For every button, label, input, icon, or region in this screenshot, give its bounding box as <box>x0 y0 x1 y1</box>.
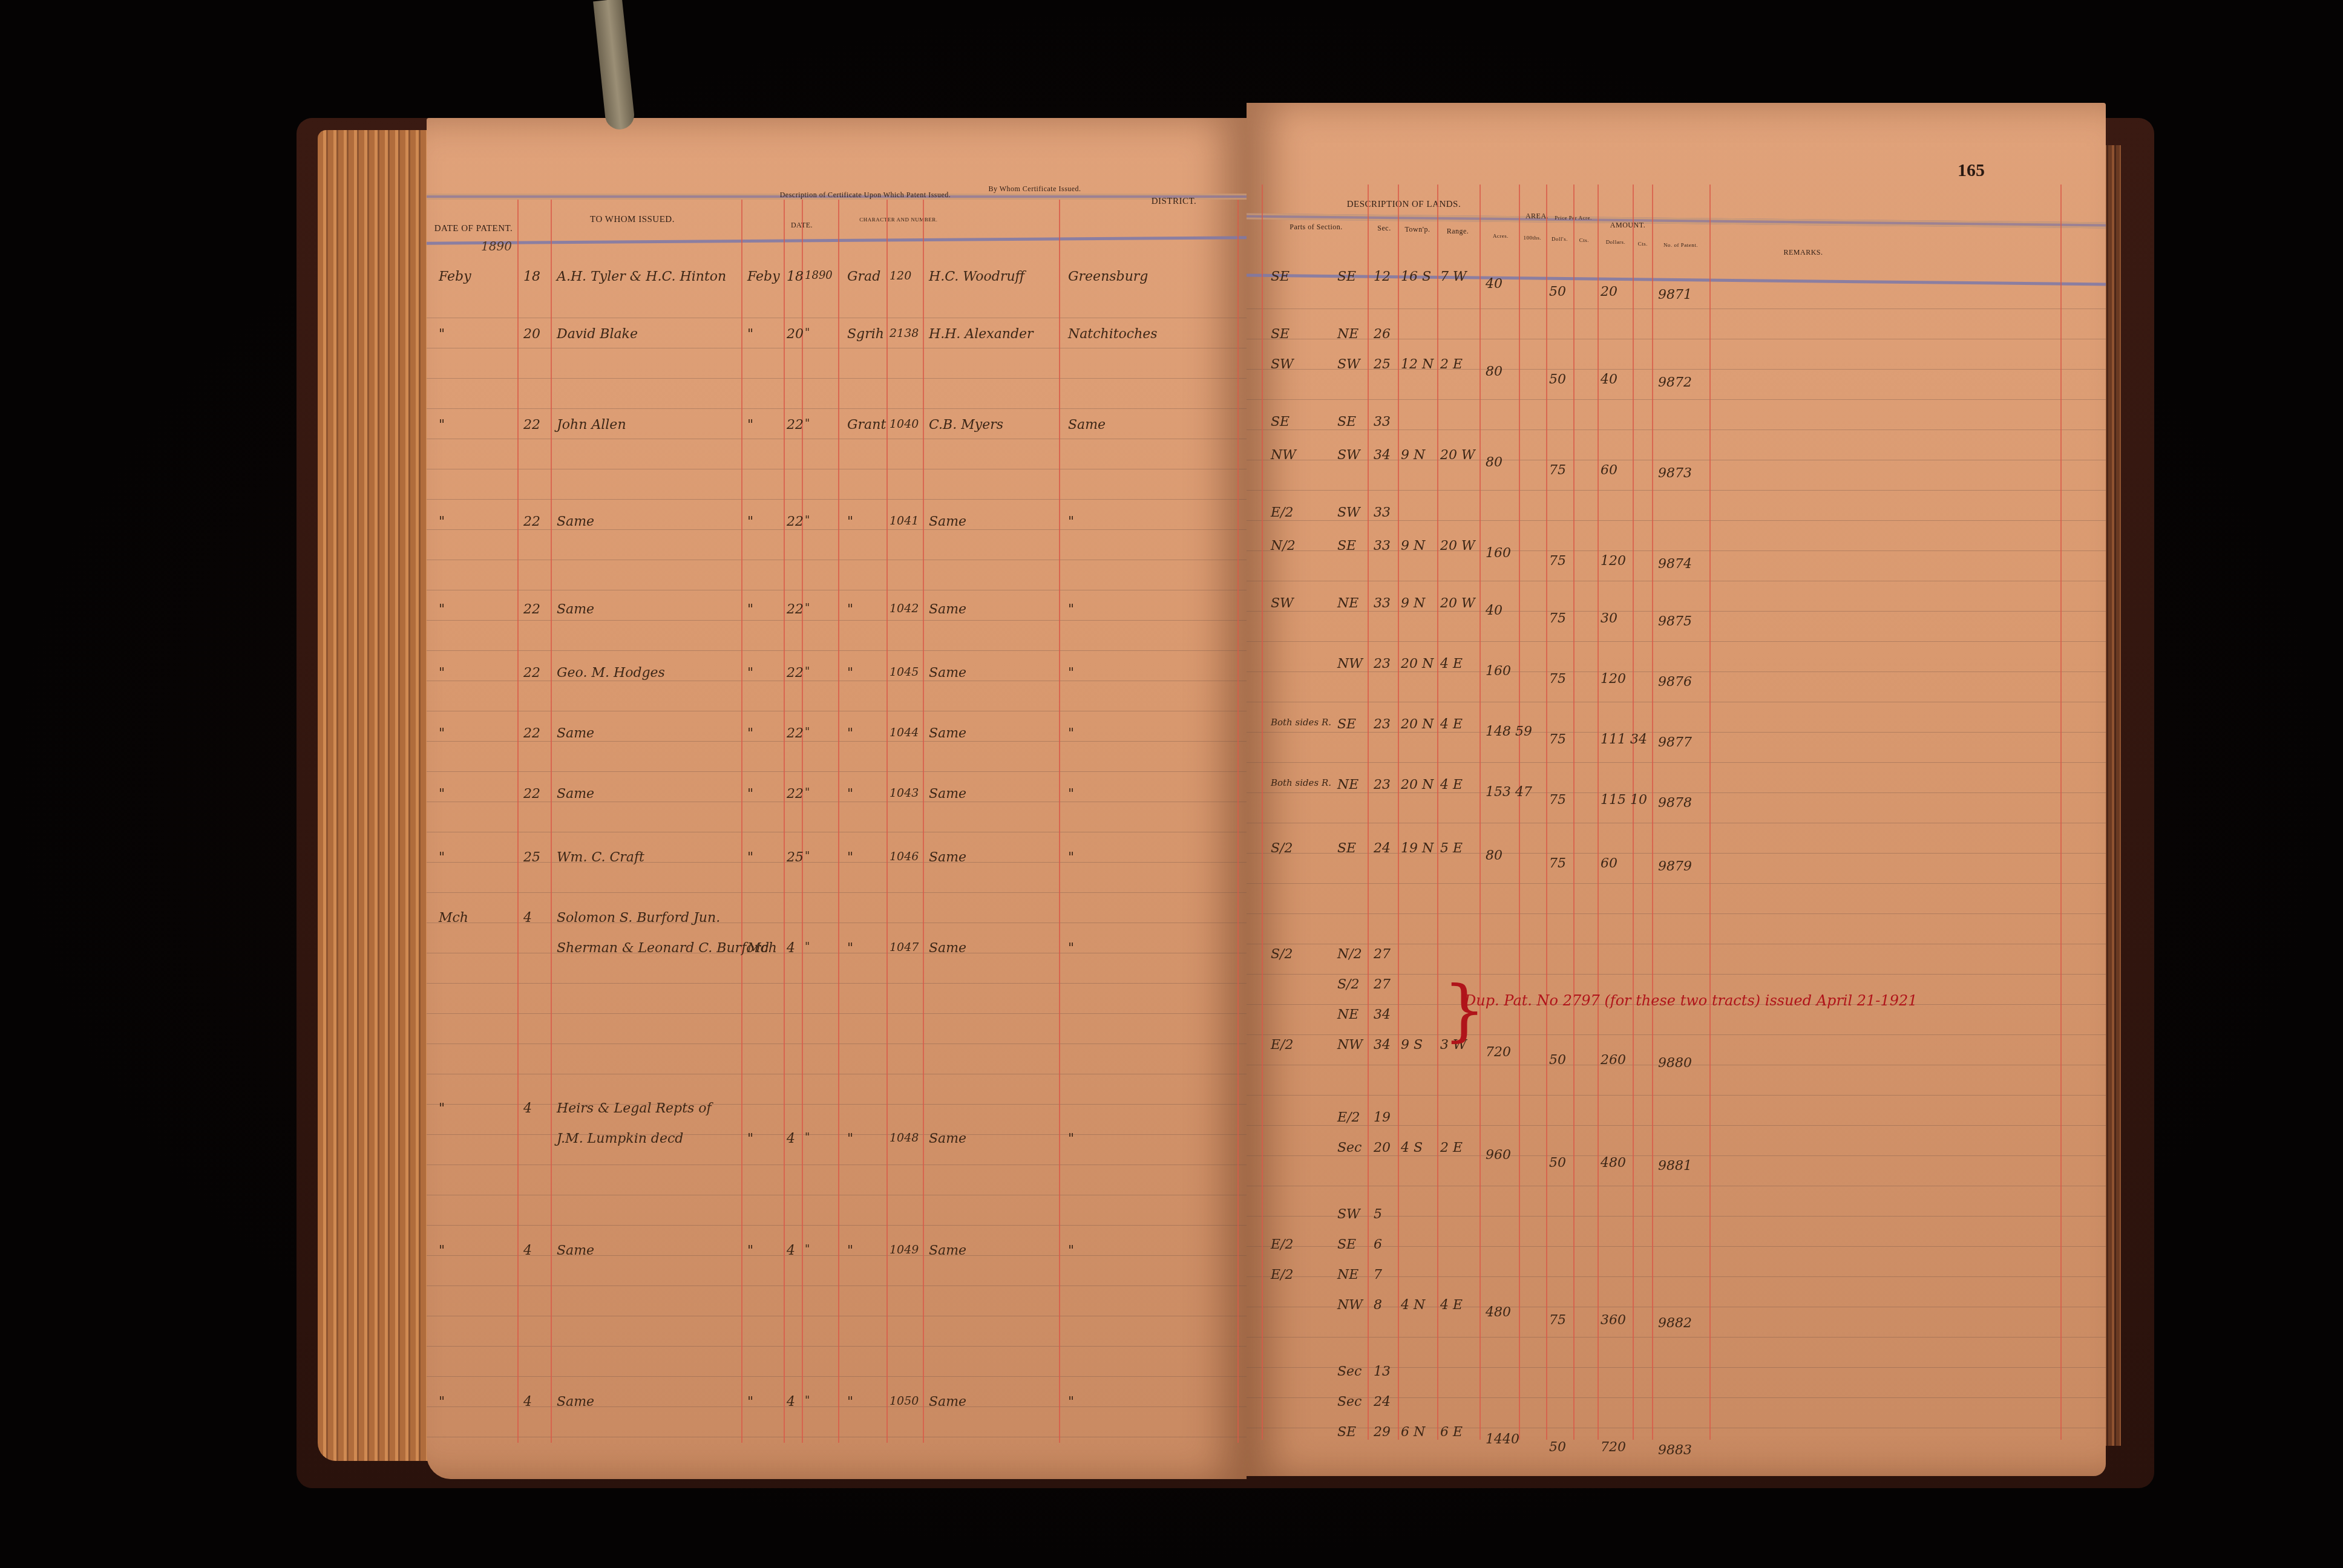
cert-day: 20 <box>787 327 804 342</box>
page-number: 165 <box>1958 160 1985 181</box>
ruled-line <box>1247 611 2106 612</box>
amount-dollars: 111 34 <box>1601 732 1647 747</box>
ruled-line <box>427 560 1247 560</box>
land-township: 20 N <box>1401 717 1434 732</box>
entry-name: Heirs & Legal Repts of <box>557 1101 712 1116</box>
column-rule <box>1480 185 1481 1440</box>
land-part-2: SW <box>1337 448 1360 463</box>
ruled-line <box>427 1225 1247 1226</box>
entry-name: Same <box>557 726 594 741</box>
amount-dollars: 115 10 <box>1601 792 1647 808</box>
column-rule <box>1597 185 1599 1440</box>
entry-name: Same <box>557 602 594 617</box>
land-range: 7 W <box>1440 269 1467 284</box>
left-page: DATE OF PATENT. TO WHOM ISSUED. Descript… <box>427 118 1247 1479</box>
header-range: Range. <box>1439 227 1476 236</box>
entry-name: David Blake <box>557 327 638 342</box>
land-part-1: Both sides R. <box>1271 717 1331 728</box>
ruled-line <box>427 711 1247 711</box>
header-remarks: REMARKS. <box>1743 248 1864 257</box>
cert-year: " <box>805 1394 810 1407</box>
cert-issued-by: Same <box>929 1243 966 1258</box>
entry-district: " <box>1068 665 1074 681</box>
land-part-1: N/2 <box>1271 538 1296 554</box>
amount-dollars: 720 <box>1601 1440 1626 1455</box>
ruled-line <box>427 1134 1247 1135</box>
land-part-2: NW <box>1337 1037 1363 1053</box>
entry-month: " <box>439 1394 445 1410</box>
land-acres: 80 <box>1486 455 1502 470</box>
ruled-line <box>427 1255 1247 1256</box>
land-acres: 720 <box>1486 1045 1511 1060</box>
cert-year: " <box>805 327 810 339</box>
land-section: 24 <box>1374 841 1391 856</box>
cert-issued-by: H.H. Alexander <box>929 327 1034 342</box>
land-part-2: NE <box>1337 327 1358 342</box>
ruled-line <box>427 348 1247 348</box>
annotation-brace: } <box>1443 977 1486 1044</box>
entry-district: " <box>1068 602 1074 617</box>
entry-day: 22 <box>523 665 540 681</box>
land-acres: 160 <box>1486 664 1511 679</box>
entry-month: " <box>439 850 445 865</box>
ruled-line <box>427 741 1247 742</box>
land-part-2: NE <box>1337 777 1358 792</box>
land-part-2: Sec <box>1337 1140 1362 1155</box>
land-range: 4 E <box>1440 717 1463 732</box>
amount-dollars: 60 <box>1601 856 1617 871</box>
column-rule <box>2060 185 2062 1440</box>
ruled-line <box>427 439 1247 439</box>
cert-character: Grad <box>847 269 880 284</box>
ruled-line <box>427 1044 1247 1044</box>
cert-year: 1890 <box>805 269 833 282</box>
header-by-whom: By Whom Certificate Issued. <box>974 185 1095 194</box>
entry-name: Same <box>557 1243 594 1258</box>
cert-year: " <box>805 1243 810 1256</box>
patent-number: 9876 <box>1658 675 1692 690</box>
header-date-of-patent: DATE OF PATENT. <box>430 224 517 234</box>
photo-background: DATE OF PATENT. TO WHOM ISSUED. Descript… <box>0 0 2343 1568</box>
cert-year: " <box>805 850 810 863</box>
column-rule <box>886 200 888 1443</box>
land-part-1: SW <box>1271 357 1294 372</box>
land-part-1: E/2 <box>1271 1037 1293 1053</box>
ruled-line <box>1247 309 2106 309</box>
ruled-line <box>427 771 1247 772</box>
header-dollars: Dollars. <box>1597 239 1634 245</box>
land-section: 8 <box>1374 1298 1382 1313</box>
header-acres: Acres. <box>1483 233 1519 239</box>
header-price-cts: Cts. <box>1575 237 1593 243</box>
amount-dollars: 60 <box>1601 463 1617 478</box>
header-description-of-lands: DESCRIPTION OF LANDS. <box>1319 200 1489 210</box>
ruled-line <box>1247 1125 2106 1126</box>
entry-day: 4 <box>523 910 532 926</box>
entry-day: 22 <box>523 602 540 617</box>
ruled-line <box>427 529 1247 530</box>
land-township: 4 S <box>1401 1140 1423 1155</box>
column-rule <box>1237 200 1239 1443</box>
entry-day: 18 <box>523 269 540 284</box>
header-amount-cts: Cts. <box>1634 241 1652 247</box>
entry-name: John Allen <box>557 417 626 433</box>
column-rule <box>741 200 742 1443</box>
ruled-line <box>427 1346 1247 1347</box>
entry-day: 20 <box>523 327 540 342</box>
land-part-2: Sec <box>1337 1394 1362 1410</box>
cert-character: " <box>847 786 853 802</box>
cert-character: " <box>847 1131 853 1146</box>
patent-number: 9880 <box>1658 1056 1692 1071</box>
cert-number: 1050 <box>890 1394 919 1408</box>
entry-name: Same <box>557 514 594 529</box>
ruled-line <box>427 650 1247 651</box>
land-part-1: E/2 <box>1271 1267 1293 1282</box>
column-rule <box>1368 185 1369 1440</box>
entry-district: " <box>1068 941 1074 956</box>
entry-district: " <box>1068 726 1074 741</box>
header-parts-of-section: Parts of Section. <box>1262 223 1371 232</box>
land-part-2: NE <box>1337 1267 1358 1282</box>
price-per-acre: 75 <box>1549 1313 1566 1328</box>
entry-month: " <box>439 514 445 529</box>
price-per-acre: 75 <box>1549 671 1566 687</box>
ruled-line <box>427 1285 1247 1286</box>
cert-character: " <box>847 1394 853 1410</box>
entry-month: Mch <box>439 910 468 926</box>
cert-number: 2138 <box>890 327 919 340</box>
cert-year: " <box>805 514 810 527</box>
ruled-line <box>1247 732 2106 733</box>
column-rule <box>1633 185 1634 1440</box>
patent-number: 9877 <box>1658 735 1692 750</box>
cert-day: 22 <box>787 514 804 529</box>
land-acres: 148 59 <box>1486 724 1532 739</box>
cert-issued-by: Same <box>929 1394 966 1410</box>
cert-issued-by: Same <box>929 514 966 529</box>
ruled-line <box>1247 1155 2106 1156</box>
ruled-line <box>427 469 1247 469</box>
cert-issued-by: Same <box>929 850 966 865</box>
ruled-line <box>1247 581 2106 581</box>
entry-month: " <box>439 1101 445 1116</box>
land-section: 7 <box>1374 1267 1382 1282</box>
cert-number: 1048 <box>890 1131 919 1145</box>
ruled-line <box>1247 1095 2106 1096</box>
header-sec: Sec. <box>1371 224 1398 233</box>
cert-month: " <box>747 726 753 741</box>
land-part-1: E/2 <box>1271 1237 1293 1252</box>
column-rule <box>1546 185 1547 1440</box>
ruled-line <box>427 862 1247 863</box>
entry-month: " <box>439 417 445 433</box>
ruled-line <box>427 802 1247 802</box>
land-acres: 480 <box>1486 1305 1511 1320</box>
land-part-2: SE <box>1337 1425 1356 1440</box>
patent-number: 9878 <box>1658 795 1692 811</box>
entry-name-cont: Sherman & Leonard C. Burford <box>557 941 769 956</box>
land-township: 16 S <box>1401 269 1431 284</box>
column-rule <box>923 200 924 1443</box>
amount-dollars: 120 <box>1601 554 1626 569</box>
land-section: 33 <box>1374 505 1391 520</box>
land-section: 27 <box>1374 977 1391 992</box>
land-part-2: SE <box>1337 269 1356 284</box>
cert-year: " <box>805 1131 810 1144</box>
land-range: 2 E <box>1440 1140 1463 1155</box>
ruled-line <box>1247 671 2106 672</box>
cert-issued-by: Same <box>929 665 966 681</box>
land-township: 6 N <box>1401 1425 1425 1440</box>
land-part-2: N/2 <box>1337 947 1362 962</box>
patent-number: 9872 <box>1658 375 1692 390</box>
land-acres: 1440 <box>1486 1432 1519 1447</box>
cert-character: " <box>847 726 853 741</box>
left-page-edges <box>318 130 436 1461</box>
cert-month: " <box>747 1131 753 1146</box>
land-section: 29 <box>1374 1425 1391 1440</box>
entry-day: 4 <box>523 1243 532 1258</box>
land-acres: 160 <box>1486 546 1511 561</box>
land-part-2: NW <box>1337 656 1363 671</box>
cert-issued-by: H.C. Woodruff <box>929 269 1024 284</box>
ruled-line <box>1247 702 2106 702</box>
entry-district: " <box>1068 514 1074 529</box>
price-per-acre: 75 <box>1549 856 1566 871</box>
cert-month: " <box>747 602 753 617</box>
land-part-2: NE <box>1337 596 1358 611</box>
entry-day: 4 <box>523 1394 532 1410</box>
ruled-line <box>1247 944 2106 944</box>
ruled-line <box>427 832 1247 832</box>
cert-day: 4 <box>787 1394 795 1410</box>
land-part-1: SE <box>1271 327 1289 342</box>
price-per-acre: 75 <box>1549 732 1566 747</box>
ruled-line <box>1247 762 2106 763</box>
ruled-line <box>1247 1337 2106 1338</box>
cert-character: " <box>847 941 853 956</box>
entry-name: A.H. Tyler & H.C. Hinton <box>557 269 726 284</box>
column-rule <box>551 200 552 1443</box>
land-section: 6 <box>1374 1237 1382 1252</box>
land-section: 27 <box>1374 947 1391 962</box>
cert-day: 22 <box>787 665 804 681</box>
cert-year: " <box>805 417 810 430</box>
land-part-2: SE <box>1337 414 1356 430</box>
cert-issued-by: Same <box>929 726 966 741</box>
price-per-acre: 75 <box>1549 554 1566 569</box>
land-range: 20 W <box>1440 448 1475 463</box>
cert-day: 18 <box>787 269 804 284</box>
entry-district: Same <box>1068 417 1106 433</box>
cert-character: Sgrih <box>847 327 884 342</box>
land-section: 19 <box>1374 1110 1391 1125</box>
ruled-line <box>1247 1186 2106 1186</box>
column-rule <box>1652 185 1653 1440</box>
land-township: 4 N <box>1401 1298 1425 1313</box>
header-district: DISTRICT. <box>1132 197 1216 207</box>
column-rule <box>1437 185 1438 1440</box>
land-part-1: Both sides R. <box>1271 777 1331 788</box>
land-section: 33 <box>1374 596 1391 611</box>
ruled-line <box>1247 520 2106 521</box>
entry-month: " <box>439 602 445 617</box>
cert-number: 1045 <box>890 665 919 679</box>
entry-name: Geo. M. Hodges <box>557 665 665 681</box>
column-rule <box>784 200 785 1443</box>
entry-month: " <box>439 327 445 342</box>
land-section: 23 <box>1374 717 1391 732</box>
ruled-line <box>1247 1034 2106 1035</box>
land-part-2: NE <box>1337 1007 1358 1022</box>
ruled-line <box>427 1165 1247 1165</box>
cert-issued-by: Same <box>929 786 966 802</box>
cert-day: 22 <box>787 602 804 617</box>
ruled-line <box>427 953 1247 953</box>
column-rule <box>1519 185 1520 1440</box>
ruled-line <box>1247 792 2106 793</box>
cert-character: " <box>847 850 853 865</box>
land-section: 34 <box>1374 448 1391 463</box>
cert-month: Feby <box>747 269 780 284</box>
ruled-line <box>427 1074 1247 1074</box>
header-character-and-number: CHARACTER AND NUMBER. <box>844 217 953 223</box>
land-section: 26 <box>1374 327 1391 342</box>
land-range: 4 E <box>1440 777 1463 792</box>
amount-dollars: 40 <box>1601 372 1617 387</box>
column-rule <box>1709 185 1711 1440</box>
land-township: 20 N <box>1401 656 1434 671</box>
land-part-1: SW <box>1271 596 1294 611</box>
land-part-1: S/2 <box>1271 841 1293 856</box>
land-township: 9 S <box>1401 1037 1423 1053</box>
land-part-2: SW <box>1337 505 1360 520</box>
cert-day: 22 <box>787 417 804 433</box>
entry-day: 25 <box>523 850 540 865</box>
header-no-of-patent: No. of Patent. <box>1652 242 1709 248</box>
cert-day: 22 <box>787 786 804 802</box>
cert-character: " <box>847 1243 853 1258</box>
right-page: 165 DESCRIPTION OF LANDS. Parts of Secti… <box>1247 103 2106 1476</box>
land-section: 13 <box>1374 1364 1391 1379</box>
cert-number: 1046 <box>890 850 919 863</box>
land-section: 12 <box>1374 269 1391 284</box>
land-township: 19 N <box>1401 841 1434 856</box>
land-part-1: NW <box>1271 448 1296 463</box>
land-range: 2 E <box>1440 357 1463 372</box>
ruled-line <box>427 1195 1247 1195</box>
column-rule <box>838 200 839 1443</box>
bookmark-strip[interactable] <box>593 0 635 131</box>
land-part-2: S/2 <box>1337 977 1359 992</box>
cert-month: " <box>747 514 753 529</box>
land-part-1: S/2 <box>1271 947 1293 962</box>
column-rule <box>1573 185 1575 1440</box>
cert-number: 1049 <box>890 1243 919 1256</box>
ruled-line <box>427 1316 1247 1316</box>
cert-number: 1042 <box>890 602 919 615</box>
ruled-line <box>1247 883 2106 884</box>
header-dolls: Doll's. <box>1546 236 1573 242</box>
ruled-line <box>1247 913 2106 914</box>
land-section: 5 <box>1374 1207 1382 1222</box>
ruled-line <box>1247 399 2106 400</box>
land-part-1: E/2 <box>1271 505 1293 520</box>
price-per-acre: 50 <box>1549 1440 1566 1455</box>
ruled-line <box>1247 974 2106 975</box>
entry-name: Solomon S. Burford Jun. <box>557 910 720 926</box>
land-acres: 153 47 <box>1486 785 1532 800</box>
cert-number: 120 <box>890 269 911 283</box>
ruled-line <box>427 378 1247 379</box>
entry-district: " <box>1068 850 1074 865</box>
land-range: 20 W <box>1440 596 1475 611</box>
cert-day: 25 <box>787 850 804 865</box>
land-part-1: SE <box>1271 269 1289 284</box>
amount-dollars: 260 <box>1601 1053 1626 1068</box>
patent-number: 9879 <box>1658 859 1692 874</box>
entry-district: Natchitoches <box>1068 327 1158 342</box>
entry-day: 22 <box>523 786 540 802</box>
header-amount: AMOUNT. <box>1597 221 1658 230</box>
header-bottom-line <box>427 236 1247 244</box>
land-township: 20 N <box>1401 777 1434 792</box>
entry-name: Same <box>557 1394 594 1410</box>
ruled-line <box>427 892 1247 893</box>
land-part-2: SW <box>1337 357 1360 372</box>
ruled-line <box>427 1376 1247 1377</box>
price-per-acre: 50 <box>1549 1155 1566 1171</box>
land-acres: 80 <box>1486 848 1502 863</box>
column-rule <box>1398 185 1399 1440</box>
entry-day: 22 <box>523 417 540 433</box>
ruled-line <box>427 318 1247 318</box>
cert-issued-by: Same <box>929 941 966 956</box>
column-rule <box>1262 185 1263 1440</box>
land-part-2: Sec <box>1337 1364 1362 1379</box>
cert-day: 22 <box>787 726 804 741</box>
patent-number: 9883 <box>1658 1443 1692 1458</box>
entry-month: " <box>439 786 445 802</box>
cert-character: " <box>847 514 853 529</box>
land-section: 23 <box>1374 777 1391 792</box>
land-township: 9 N <box>1401 538 1425 554</box>
cert-month: Mch <box>747 941 777 956</box>
cert-month: " <box>747 1243 753 1258</box>
cert-number: 1047 <box>890 941 919 954</box>
patent-number: 9875 <box>1658 614 1692 629</box>
header-hundredths: 100ths. <box>1519 235 1546 241</box>
cert-issued-by: Same <box>929 1131 966 1146</box>
cert-year: " <box>805 665 810 678</box>
price-per-acre: 50 <box>1549 1053 1566 1068</box>
cert-character: Grant <box>847 417 886 433</box>
land-section: 33 <box>1374 414 1391 430</box>
ruled-line <box>1247 641 2106 642</box>
land-part-2: NW <box>1337 1298 1363 1313</box>
entry-district: " <box>1068 1131 1074 1146</box>
cert-number: 1041 <box>890 514 919 528</box>
cert-year: " <box>805 726 810 739</box>
header-description-certificate: Description of Certificate Upon Which Pa… <box>744 191 986 200</box>
land-section: 24 <box>1374 1394 1391 1410</box>
cert-issued-by: Same <box>929 602 966 617</box>
entry-month: " <box>439 1243 445 1258</box>
entry-name: Wm. C. Craft <box>557 850 644 865</box>
ruled-line <box>1247 823 2106 823</box>
land-part-2: SE <box>1337 538 1356 554</box>
